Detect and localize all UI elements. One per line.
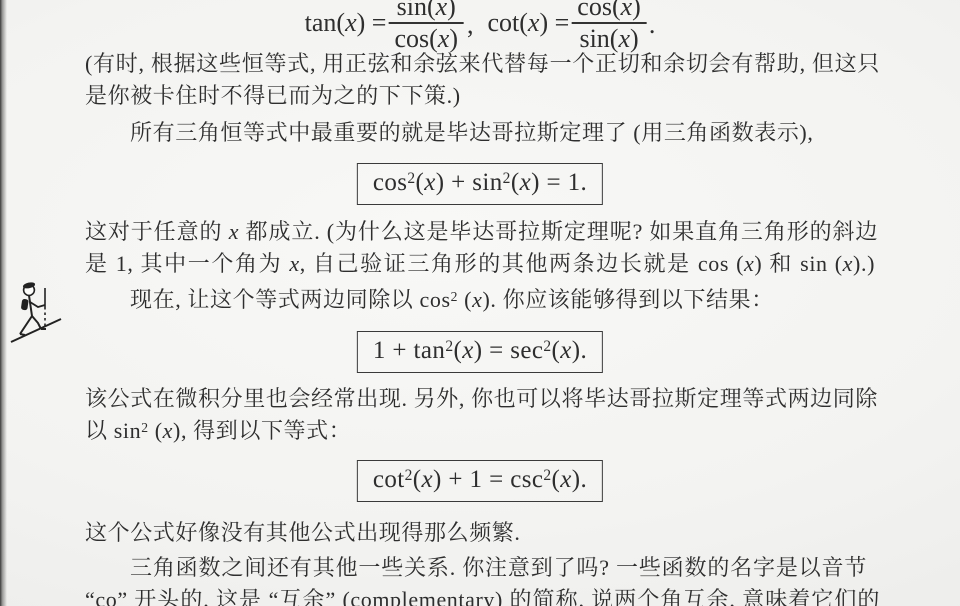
paragraph-line: 这对于任意的 x 都成立. (为什么这是毕达哥拉斯定理呢? 如果直角三角形的斜边 xyxy=(85,220,878,244)
paragraph-line-indented: 所有三角恒等式中最重要的就是毕达哥拉斯定理了 (用三角函数表示), xyxy=(130,121,813,145)
boxed-formula-tan-sec: 1 + tan2(x) = sec2(x). xyxy=(357,331,603,373)
fraction-cos-over-sin: cos(x) sin(x) xyxy=(571,0,647,53)
fraction-sin-over-cos: sin(x) cos(x) xyxy=(388,0,464,53)
paragraph-line-indented: 三角函数之间还有其他一些关系. 你注意到了吗? 一些函数的名字是以音节 xyxy=(130,556,867,580)
paragraph-line: 是你被卡住时不得已而为之的下下策.) xyxy=(85,84,461,108)
formula-tan-lhs: tan(x) = xyxy=(305,9,387,37)
page-edge-shadow xyxy=(0,0,7,606)
paragraph-line: 这个公式好像没有其他公式出现得那么频繁. xyxy=(85,521,521,545)
paragraph-line: (有时, 根据这些恒等式, 用正弦和余弦来代替每一个正切和余切会有帮助, 但这只 xyxy=(85,52,880,76)
book-page: tan(x) = sin(x) cos(x) , cot(x) = cos(x)… xyxy=(0,0,960,606)
paragraph-line: 是 1, 其中一个角为 x, 自己验证三角形的其他两条边长就是 cos (x) … xyxy=(85,252,875,276)
paragraph-line-indented: 现在, 让这个等式两边同除以 cos2 (x). 你应该能够得到以下结果： xyxy=(130,288,774,312)
boxed-formula-pythagorean: cos2(x) + sin2(x) = 1. xyxy=(357,163,603,205)
paragraph-line: 该公式在微积分里也会经常出现. 另外, 你也可以将毕达哥拉斯定理等式两边同除 xyxy=(85,387,878,411)
formula-comma: , xyxy=(467,11,474,53)
paragraph-line-clipped: “co” 开头的, 这是 “互余” (complementary) 的简称, 说… xyxy=(85,588,880,606)
formula-period: . xyxy=(649,11,656,53)
boxed-formula-cot-csc: cot2(x) + 1 = csc2(x). xyxy=(357,460,603,502)
display-formula-tan-cot: tan(x) = sin(x) cos(x) , cot(x) = cos(x)… xyxy=(305,0,656,53)
hiker-climbing-slope-icon xyxy=(9,277,63,345)
formula-cot-lhs: cot(x) = xyxy=(488,9,570,37)
paragraph-line: 以 sin2 (x), 得到以下等式： xyxy=(85,419,351,443)
